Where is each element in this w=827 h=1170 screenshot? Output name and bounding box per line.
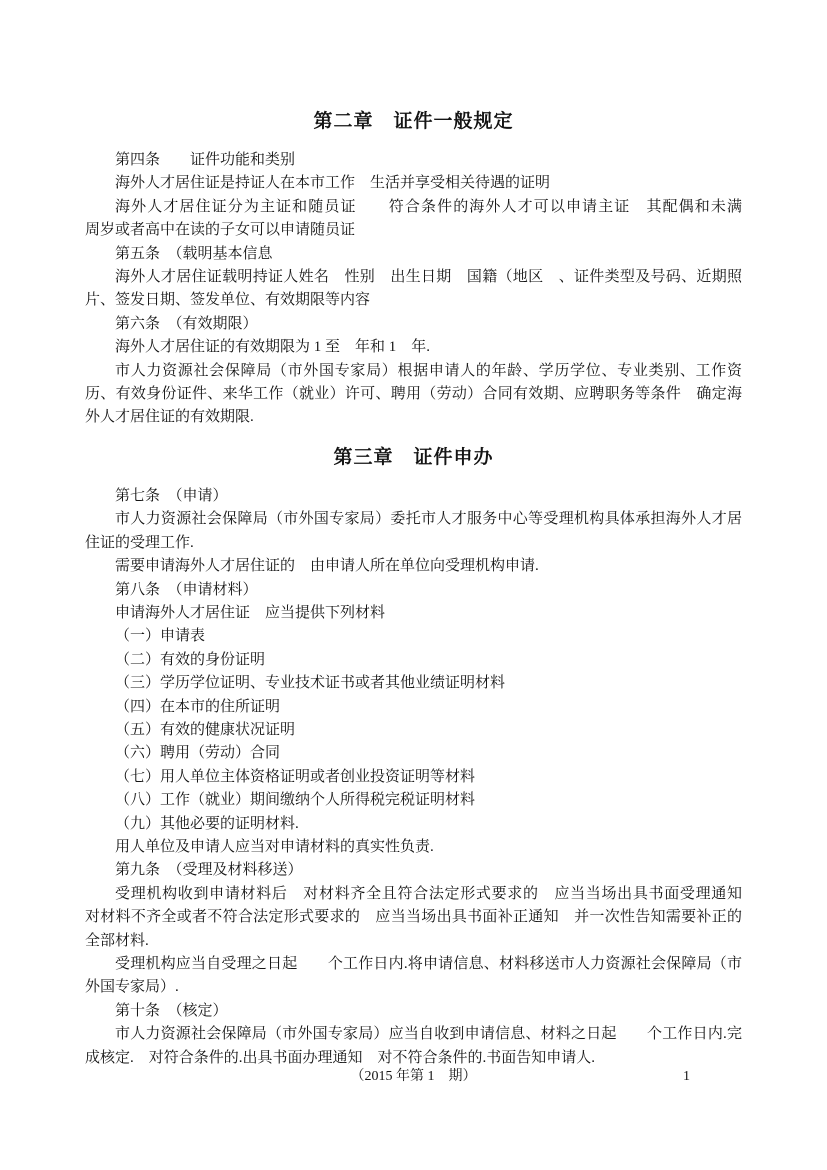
page-number: 1 (683, 1066, 690, 1088)
paragraph: 用人单位及申请人应当对申请材料的真实性负责. (85, 836, 742, 859)
paragraph: 海外人才居住证分为主证和随员证 符合条件的海外人才可以申请主证 其配偶和未满 周… (85, 196, 742, 243)
document-page: 第二章 证件一般规定 第四条 证件功能和类别海外人才居住证是持证人在本市工作 生… (0, 0, 827, 1170)
paragraph: （六）聘用（劳动）合同 (85, 742, 742, 765)
chapter-3-body: 第七条 （申请）市人力资源社会保障局（市外国专家局）委托市人才服务中心等受理机构… (85, 485, 742, 1070)
paragraph: 第八条 （申请材料） (85, 579, 742, 602)
paragraph: 受理机构收到申请材料后 对材料齐全且符合法定形式要求的 应当当场出具书面受理通知… (85, 883, 742, 953)
paragraph: 申请海外人才居住证 应当提供下列材料 (85, 602, 742, 625)
chapter-3-title: 第三章 证件申办 (85, 444, 742, 472)
paragraph: （七）用人单位主体资格证明或者创业投资证明等材料 (85, 766, 742, 789)
paragraph: 市人力资源社会保障局（市外国专家局）委托市人才服务中心等受理机构具体承担海外人才… (85, 508, 742, 555)
paragraph: （八）工作（就业）期间缴纳个人所得税完税证明材料 (85, 789, 742, 812)
paragraph: 第六条 （有效期限） (85, 313, 742, 336)
issue-label: （2015 年第 1 期） (351, 1069, 477, 1084)
paragraph: 市人力资源社会保障局（市外国专家局）根据申请人的年龄、学历学位、专业类别、工作资… (85, 360, 742, 430)
document-content: 第二章 证件一般规定 第四条 证件功能和类别海外人才居住证是持证人在本市工作 生… (0, 0, 827, 1070)
paragraph: （五）有效的健康状况证明 (85, 719, 742, 742)
paragraph: 第十条 （核定） (85, 1000, 742, 1023)
paragraph: 第四条 证件功能和类别 (85, 149, 742, 172)
paragraph: （二）有效的身份证明 (85, 649, 742, 672)
paragraph: 第九条 （受理及材料移送） (85, 859, 742, 882)
paragraph: （四）在本市的住所证明 (85, 696, 742, 719)
paragraph: 海外人才居住证载明持证人姓名 性别 出生日期 国籍（地区 、证件类型及号码、近期… (85, 266, 742, 313)
paragraph: 第五条 （载明基本信息 (85, 243, 742, 266)
chapter-2-body: 第四条 证件功能和类别海外人才居住证是持证人在本市工作 生活并享受相关待遇的证明… (85, 149, 742, 430)
paragraph: 需要申请海外人才居住证的 由申请人所在单位向受理机构申请. (85, 555, 742, 578)
paragraph: 受理机构应当自受理之日起 个工作日内.将申请信息、材料移送市人力资源社会保障局（… (85, 953, 742, 1000)
paragraph: 第七条 （申请） (85, 485, 742, 508)
paragraph: （九）其他必要的证明材料. (85, 813, 742, 836)
paragraph: 海外人才居住证是持证人在本市工作 生活并享受相关待遇的证明 (85, 172, 742, 195)
paragraph: 海外人才居住证的有效期限为 1 至 年和 1 年. (85, 336, 742, 359)
paragraph: （一）申请表 (85, 625, 742, 648)
page-footer: （2015 年第 1 期） 1 (85, 1066, 742, 1088)
chapter-2-title: 第二章 证件一般规定 (85, 108, 742, 136)
paragraph: 市人力资源社会保障局（市外国专家局）应当自收到申请信息、材料之日起 个工作日内.… (85, 1023, 742, 1070)
paragraph: （三）学历学位证明、专业技术证书或者其他业绩证明材料 (85, 672, 742, 695)
